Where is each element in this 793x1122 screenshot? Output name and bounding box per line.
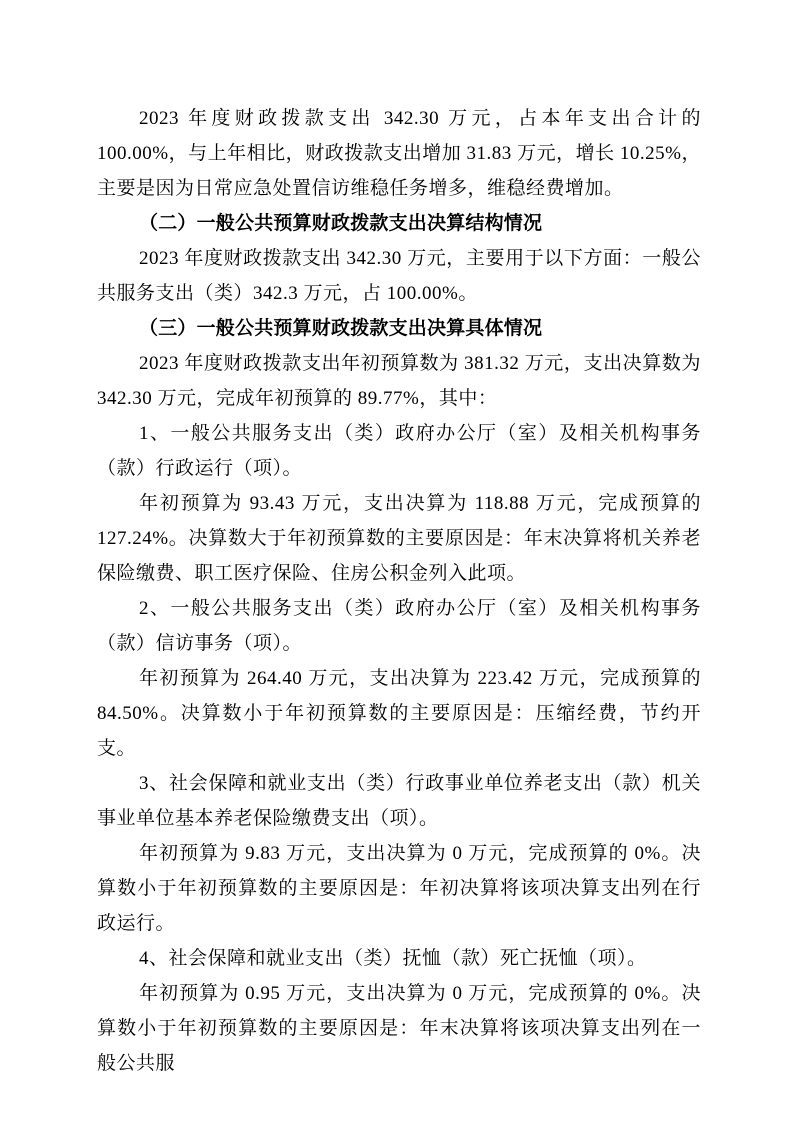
list-item-4-detail-truncated: 年初预算为 0.95 万元，支出决算为 0 万元，完成预算的 0%。决算数小于年…	[97, 976, 701, 1081]
document-page: 2023 年度财政拨款支出 342.30 万元，占本年支出合计的 100.00%…	[0, 0, 793, 1122]
paragraph-budget-vs-final: 2023 年度财政拨款支出年初预算数为 381.32 万元，支出决算数为 342…	[97, 346, 701, 416]
list-item-3-detail: 年初预算为 9.83 万元，支出决算为 0 万元，完成预算的 0%。决算数小于年…	[97, 836, 701, 941]
list-item-2-detail: 年初预算为 264.40 万元，支出决算为 223.42 万元，完成预算的 84…	[97, 661, 701, 766]
paragraph-expenditure-structure: 2023 年度财政拨款支出 342.30 万元，主要用于以下方面：一般公共服务支…	[97, 241, 701, 311]
document-body: 2023 年度财政拨款支出 342.30 万元，占本年支出合计的 100.00%…	[97, 101, 701, 1081]
paragraph-expenditure-total-summary: 2023 年度财政拨款支出 342.30 万元，占本年支出合计的 100.00%…	[97, 101, 701, 206]
list-item-1-title: 1、一般公共服务支出（类）政府办公厅（室）及相关机构事务（款）行政运行（项）。	[97, 416, 701, 486]
section-heading-3-details: （三）一般公共预算财政拨款支出决算具体情况	[97, 311, 701, 346]
section-heading-2-structure: （二）一般公共预算财政拨款支出决算结构情况	[97, 206, 701, 241]
list-item-3-title: 3、社会保障和就业支出（类）行政事业单位养老支出（款）机关事业单位基本养老保险缴…	[97, 766, 701, 836]
list-item-4-title: 4、社会保障和就业支出（类）抚恤（款）死亡抚恤（项）。	[97, 941, 701, 976]
list-item-1-detail: 年初预算为 93.43 万元，支出决算为 118.88 万元，完成预算的 127…	[97, 486, 701, 591]
list-item-2-title: 2、一般公共服务支出（类）政府办公厅（室）及相关机构事务（款）信访事务（项）。	[97, 591, 701, 661]
